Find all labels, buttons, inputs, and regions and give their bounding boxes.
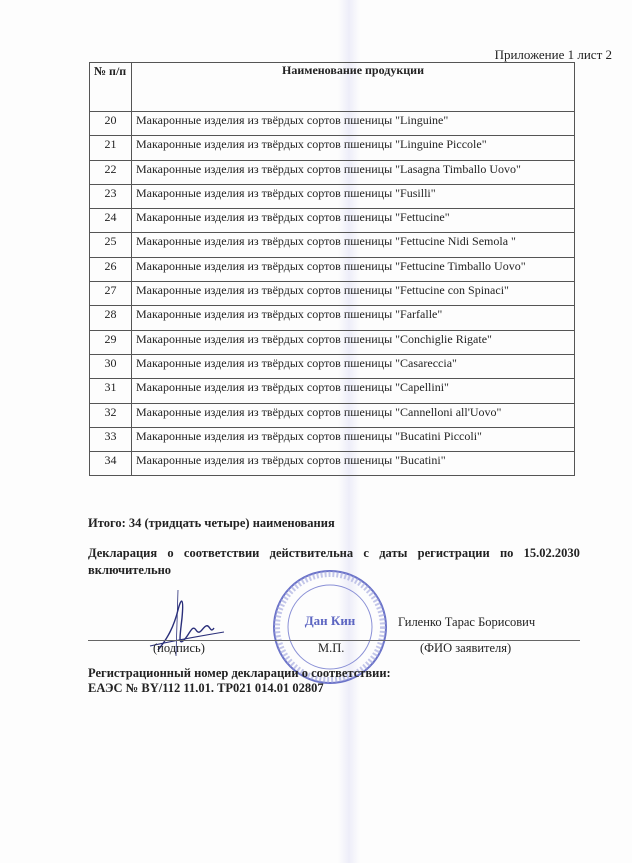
table-row: 31Макаронные изделия из твёрдых сортов п… [90, 379, 575, 403]
row-number: 28 [90, 306, 132, 330]
product-name: Макаронные изделия из твёрдых сортов пше… [132, 209, 575, 233]
validity-word: 15.02.2030 [524, 545, 580, 562]
product-name: Макаронные изделия из твёрдых сортов пше… [132, 184, 575, 208]
table-row: 33Макаронные изделия из твёрдых сортов п… [90, 427, 575, 451]
table-row: 23Макаронные изделия из твёрдых сортов п… [90, 184, 575, 208]
product-name: Макаронные изделия из твёрдых сортов пше… [132, 112, 575, 136]
table-row: 28Макаронные изделия из твёрдых сортов п… [90, 306, 575, 330]
row-number: 31 [90, 379, 132, 403]
validity-word: даты [379, 545, 407, 562]
row-number: 29 [90, 330, 132, 354]
row-number: 24 [90, 209, 132, 233]
registration-label: Регистрационный номер декларации о соотв… [88, 666, 391, 681]
product-name: Макаронные изделия из твёрдых сортов пше… [132, 379, 575, 403]
row-number: 23 [90, 184, 132, 208]
validity-word: с [363, 545, 369, 562]
table-header-row: № п/п Наименование продукции [90, 63, 575, 112]
validity-line-1: Декларацияосоответствиидействительнасдат… [88, 545, 580, 562]
validity-word: о [167, 545, 173, 562]
product-name: Макаронные изделия из твёрдых сортов пше… [132, 257, 575, 281]
product-name: Макаронные изделия из твёрдых сортов пше… [132, 427, 575, 451]
table-row: 25Макаронные изделия из твёрдых сортов п… [90, 233, 575, 257]
validity-word: Декларация [88, 545, 157, 562]
applicant-name: Гиленко Тарас Борисович [398, 615, 535, 630]
row-number: 30 [90, 354, 132, 378]
table-row: 32Макаронные изделия из твёрдых сортов п… [90, 403, 575, 427]
column-header-name: Наименование продукции [132, 63, 575, 112]
product-name: Макаронные изделия из твёрдых сортов пше… [132, 403, 575, 427]
total-count: Итого: 34 (тридцать четыре) наименования [88, 516, 335, 531]
product-name: Макаронные изделия из твёрдых сортов пше… [132, 452, 575, 476]
table-row: 20Макаронные изделия из твёрдых сортов п… [90, 112, 575, 136]
table-row: 29Макаронные изделия из твёрдых сортов п… [90, 330, 575, 354]
column-header-number: № п/п [90, 63, 132, 112]
table-row: 22Макаронные изделия из твёрдых сортов п… [90, 160, 575, 184]
signature-caption: (подпись) [153, 641, 205, 656]
registration-number: ЕАЭС № BY/112 11.01. ТР021 014.01 02807 [88, 681, 391, 696]
validity-word: регистрации [418, 545, 490, 562]
row-number: 25 [90, 233, 132, 257]
row-number: 34 [90, 452, 132, 476]
validity-word: по [500, 545, 513, 562]
table-row: 26Макаронные изделия из твёрдых сортов п… [90, 257, 575, 281]
table-row: 24Макаронные изделия из твёрдых сортов п… [90, 209, 575, 233]
row-number: 33 [90, 427, 132, 451]
validity-word: действительна [270, 545, 353, 562]
applicant-caption: (ФИО заявителя) [420, 641, 511, 656]
table-row: 34Макаронные изделия из твёрдых сортов п… [90, 452, 575, 476]
row-number: 32 [90, 403, 132, 427]
row-number: 21 [90, 136, 132, 160]
product-name: Макаронные изделия из твёрдых сортов пше… [132, 354, 575, 378]
svg-text:Дан Кин: Дан Кин [305, 613, 356, 628]
table-row: 21Макаронные изделия из твёрдых сортов п… [90, 136, 575, 160]
row-number: 27 [90, 282, 132, 306]
row-number: 22 [90, 160, 132, 184]
stamp-caption: М.П. [318, 641, 344, 656]
appendix-label: Приложение 1 лист 2 [495, 47, 612, 63]
row-number: 20 [90, 112, 132, 136]
row-number: 26 [90, 257, 132, 281]
product-name: Макаронные изделия из твёрдых сортов пше… [132, 136, 575, 160]
table-row: 30Макаронные изделия из твёрдых сортов п… [90, 354, 575, 378]
product-name: Макаронные изделия из твёрдых сортов пше… [132, 160, 575, 184]
validity-word: соответствии [184, 545, 259, 562]
product-name: Макаронные изделия из твёрдых сортов пше… [132, 330, 575, 354]
product-name: Макаронные изделия из твёрдых сортов пше… [132, 306, 575, 330]
products-table: № п/п Наименование продукции 20Макаронны… [89, 62, 575, 476]
product-name: Макаронные изделия из твёрдых сортов пше… [132, 233, 575, 257]
product-name: Макаронные изделия из твёрдых сортов пше… [132, 282, 575, 306]
table-row: 27Макаронные изделия из твёрдых сортов п… [90, 282, 575, 306]
registration-block: Регистрационный номер декларации о соотв… [88, 666, 391, 696]
